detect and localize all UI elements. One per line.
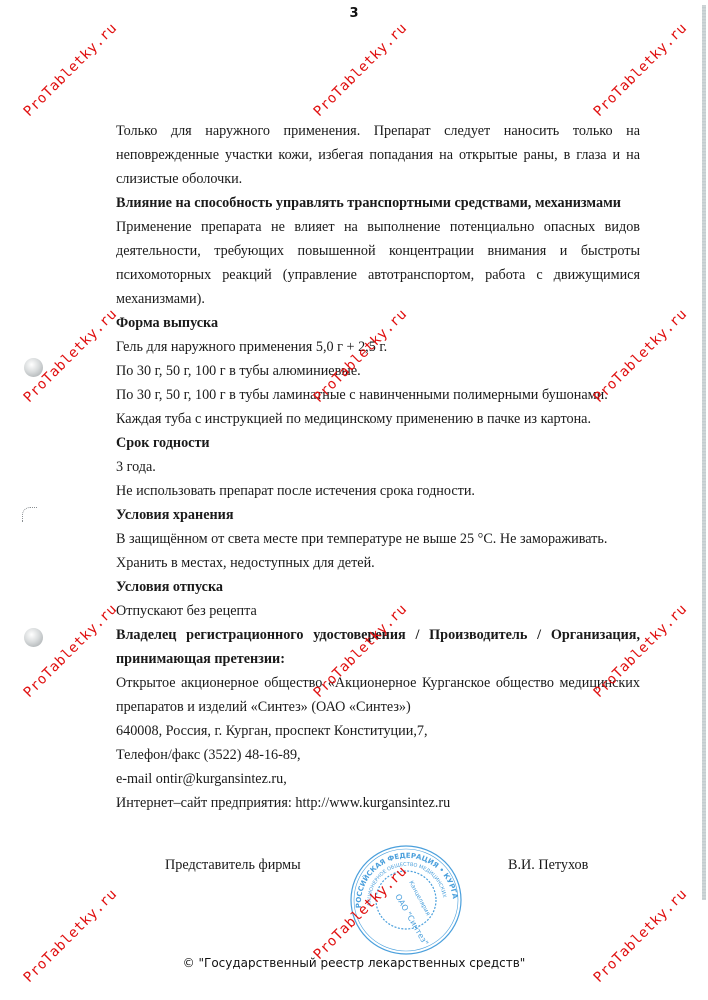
list-line: Хранить в местах, недоступных для детей. bbox=[116, 551, 640, 575]
company-stamp: РОССИЙСКАЯ ФЕДЕРАЦИЯ • КУРГАНСКАЯ АКЦИОН… bbox=[343, 838, 469, 958]
section-heading-shelf-life: Срок годности bbox=[116, 431, 640, 455]
watermark: ProTabletky.ru bbox=[21, 306, 121, 406]
list-line: 3 года. bbox=[116, 455, 640, 479]
scan-hole-artifact bbox=[24, 628, 43, 647]
list-line: Гель для наружного применения 5,0 г + 2,… bbox=[116, 335, 640, 359]
scan-mark-artifact bbox=[22, 507, 37, 522]
section-heading-dispensing: Условия отпуска bbox=[116, 575, 640, 599]
watermark: ProTabletky.ru bbox=[21, 886, 121, 986]
paragraph-line: препаратов и изделий «Синтез» (ОАО «Синт… bbox=[116, 695, 640, 719]
phone-line: Телефон/факс (3522) 48-16-89, bbox=[116, 743, 640, 767]
watermark: ProTabletky.ru bbox=[591, 20, 691, 120]
page-number: 3 bbox=[0, 6, 708, 21]
section-heading-owner: Владелец регистрационного удостоверения … bbox=[116, 623, 640, 647]
paragraph-line: неповрежденные участки кожи, избегая поп… bbox=[116, 143, 640, 167]
section-heading-release-form: Форма выпуска bbox=[116, 311, 640, 335]
paragraph-line: деятельности, требующих повышенной конце… bbox=[116, 239, 640, 263]
section-heading-storage: Условия хранения bbox=[116, 503, 640, 527]
paragraph-line: механизмами). bbox=[116, 287, 640, 311]
paragraph-line: Только для наружного применения. Препара… bbox=[116, 119, 640, 143]
document-page: 3 Только для наружного применения. Препа… bbox=[0, 0, 708, 1000]
email-line: e-mail ontir@kurgansintez.ru, bbox=[116, 767, 640, 791]
list-line: По 30 г, 50 г, 100 г в тубы ламинатные с… bbox=[116, 383, 640, 407]
list-line: По 30 г, 50 г, 100 г в тубы алюминиевые. bbox=[116, 359, 640, 383]
list-line: Каждая туба с инструкцией по медицинском… bbox=[116, 407, 640, 431]
document-body: Только для наружного применения. Препара… bbox=[116, 119, 640, 815]
list-line: Не использовать препарат после истечения… bbox=[116, 479, 640, 503]
scan-edge-strip bbox=[702, 5, 706, 900]
website-line: Интернет–сайт предприятия: http://www.ku… bbox=[116, 791, 640, 815]
paragraph-line: слизистые оболочки. bbox=[116, 167, 640, 191]
address-line: 640008, Россия, г. Курган, проспект Конс… bbox=[116, 719, 640, 743]
section-heading-owner-cont: принимающая претензии: bbox=[116, 647, 640, 671]
list-line: Отпускают без рецепта bbox=[116, 599, 640, 623]
signature-name: В.И. Петухов bbox=[508, 857, 588, 874]
signature-role: Представитель фирмы bbox=[165, 857, 301, 874]
watermark: ProTabletky.ru bbox=[21, 601, 121, 701]
section-heading-driving: Влияние на способность управлять транспо… bbox=[116, 191, 640, 215]
watermark: ProTabletky.ru bbox=[311, 20, 411, 120]
watermark: ProTabletky.ru bbox=[591, 886, 691, 986]
paragraph-line: Применение препарата не влияет на выполн… bbox=[116, 215, 640, 239]
paragraph-line: психомоторных реакций (управление автотр… bbox=[116, 263, 640, 287]
scan-hole-artifact bbox=[24, 358, 43, 377]
footer-copyright: © "Государственный реестр лекарственных … bbox=[0, 956, 708, 970]
list-line: В защищённом от света месте при температ… bbox=[116, 527, 640, 551]
paragraph-line: Открытое акционерное общество «Акционерн… bbox=[116, 671, 640, 695]
watermark: ProTabletky.ru bbox=[21, 20, 121, 120]
